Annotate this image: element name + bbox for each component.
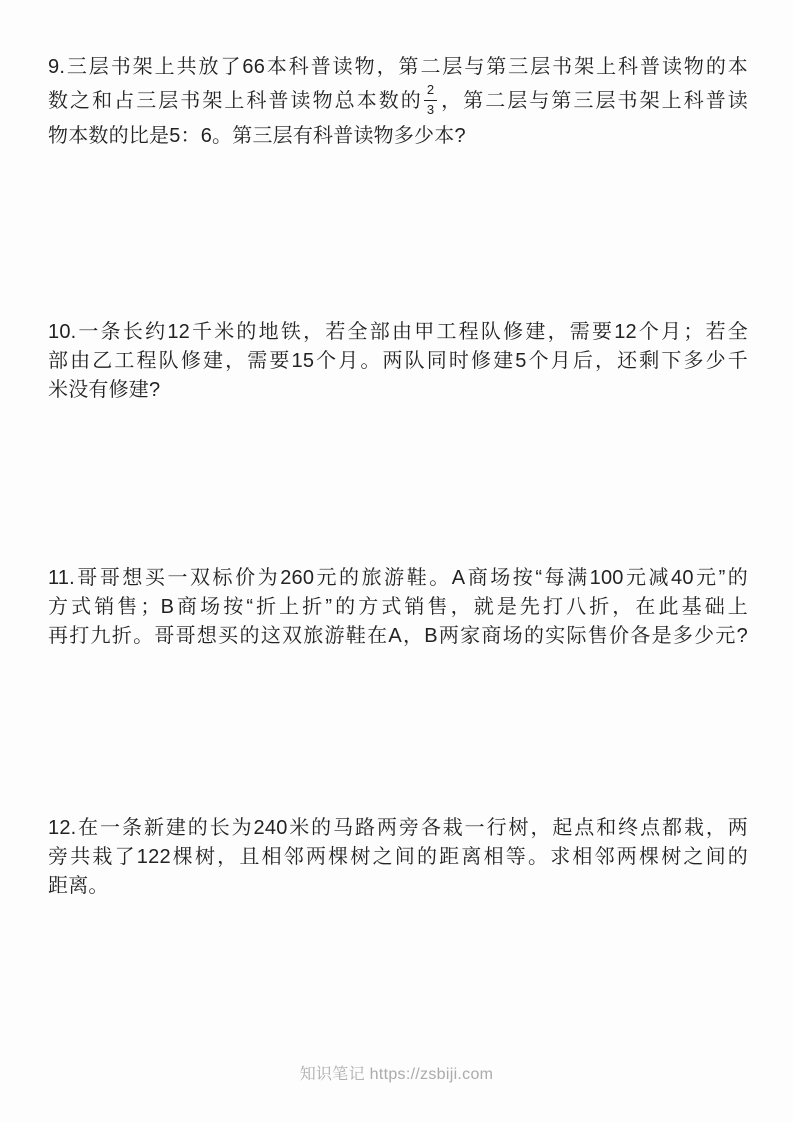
question-10-line-2: 部由乙工程队修建，需要15个月。两队同时修建5个月后，还剩下多少千 xyxy=(48,347,748,376)
watermark-footer: 知识笔记 https://zsbiji.com xyxy=(0,1064,793,1086)
question-9-line-2-before-fraction: 数之和占三层书架上科普读物总本数的 xyxy=(48,90,423,112)
question-9-line-3: 物本数的比是5：6。第三层有科普读物多少本? xyxy=(48,122,748,151)
question-9: 9.三层书架上共放了66本科普读物，第二层与第三层书架上科普读物的本 数之和占三… xyxy=(48,53,748,151)
question-12: 12.在一条新建的长为240米的马路两旁各栽一行树，起点和终点都栽，两 旁共栽了… xyxy=(48,814,748,901)
question-9-line-1: 9.三层书架上共放了66本科普读物，第二层与第三层书架上科普读物的本 xyxy=(48,53,748,82)
question-10-line-3: 米没有修建? xyxy=(48,376,748,405)
worksheet-page: 9.三层书架上共放了66本科普读物，第二层与第三层书架上科普读物的本 数之和占三… xyxy=(0,0,793,1122)
question-11-line-2: 方式销售；B商场按“折上折”的方式销售，就是先打八折，在此基础上 xyxy=(48,593,748,622)
question-12-line-3: 距离。 xyxy=(48,872,748,901)
question-10: 10.一条长约12千米的地铁，若全部由甲工程队修建，需要12个月；若全 部由乙工… xyxy=(48,318,748,405)
question-12-line-1: 12.在一条新建的长为240米的马路两旁各栽一行树，起点和终点都栽，两 xyxy=(48,814,748,843)
question-9-line-2: 数之和占三层书架上科普读物总本数的23，第二层与第三层书架上科普读 xyxy=(48,82,748,122)
question-9-line-2-after-fraction: ，第二层与第三层书架上科普读 xyxy=(439,90,748,112)
question-11-line-3: 再打九折。哥哥想买的这双旅游鞋在A，B两家商场的实际售价各是多少元? xyxy=(48,622,748,651)
question-11: 11.哥哥想买一双标价为260元的旅游鞋。A商场按“每满100元减40元”的 方… xyxy=(48,564,748,651)
fraction-two-thirds: 23 xyxy=(424,82,437,119)
fraction-denominator: 3 xyxy=(424,101,437,119)
question-11-line-1: 11.哥哥想买一双标价为260元的旅游鞋。A商场按“每满100元减40元”的 xyxy=(48,564,748,593)
fraction-numerator: 2 xyxy=(424,82,437,101)
question-10-line-1: 10.一条长约12千米的地铁，若全部由甲工程队修建，需要12个月；若全 xyxy=(48,318,748,347)
question-12-line-2: 旁共栽了122棵树，且相邻两棵树之间的距离相等。求相邻两棵树之间的 xyxy=(48,843,748,872)
